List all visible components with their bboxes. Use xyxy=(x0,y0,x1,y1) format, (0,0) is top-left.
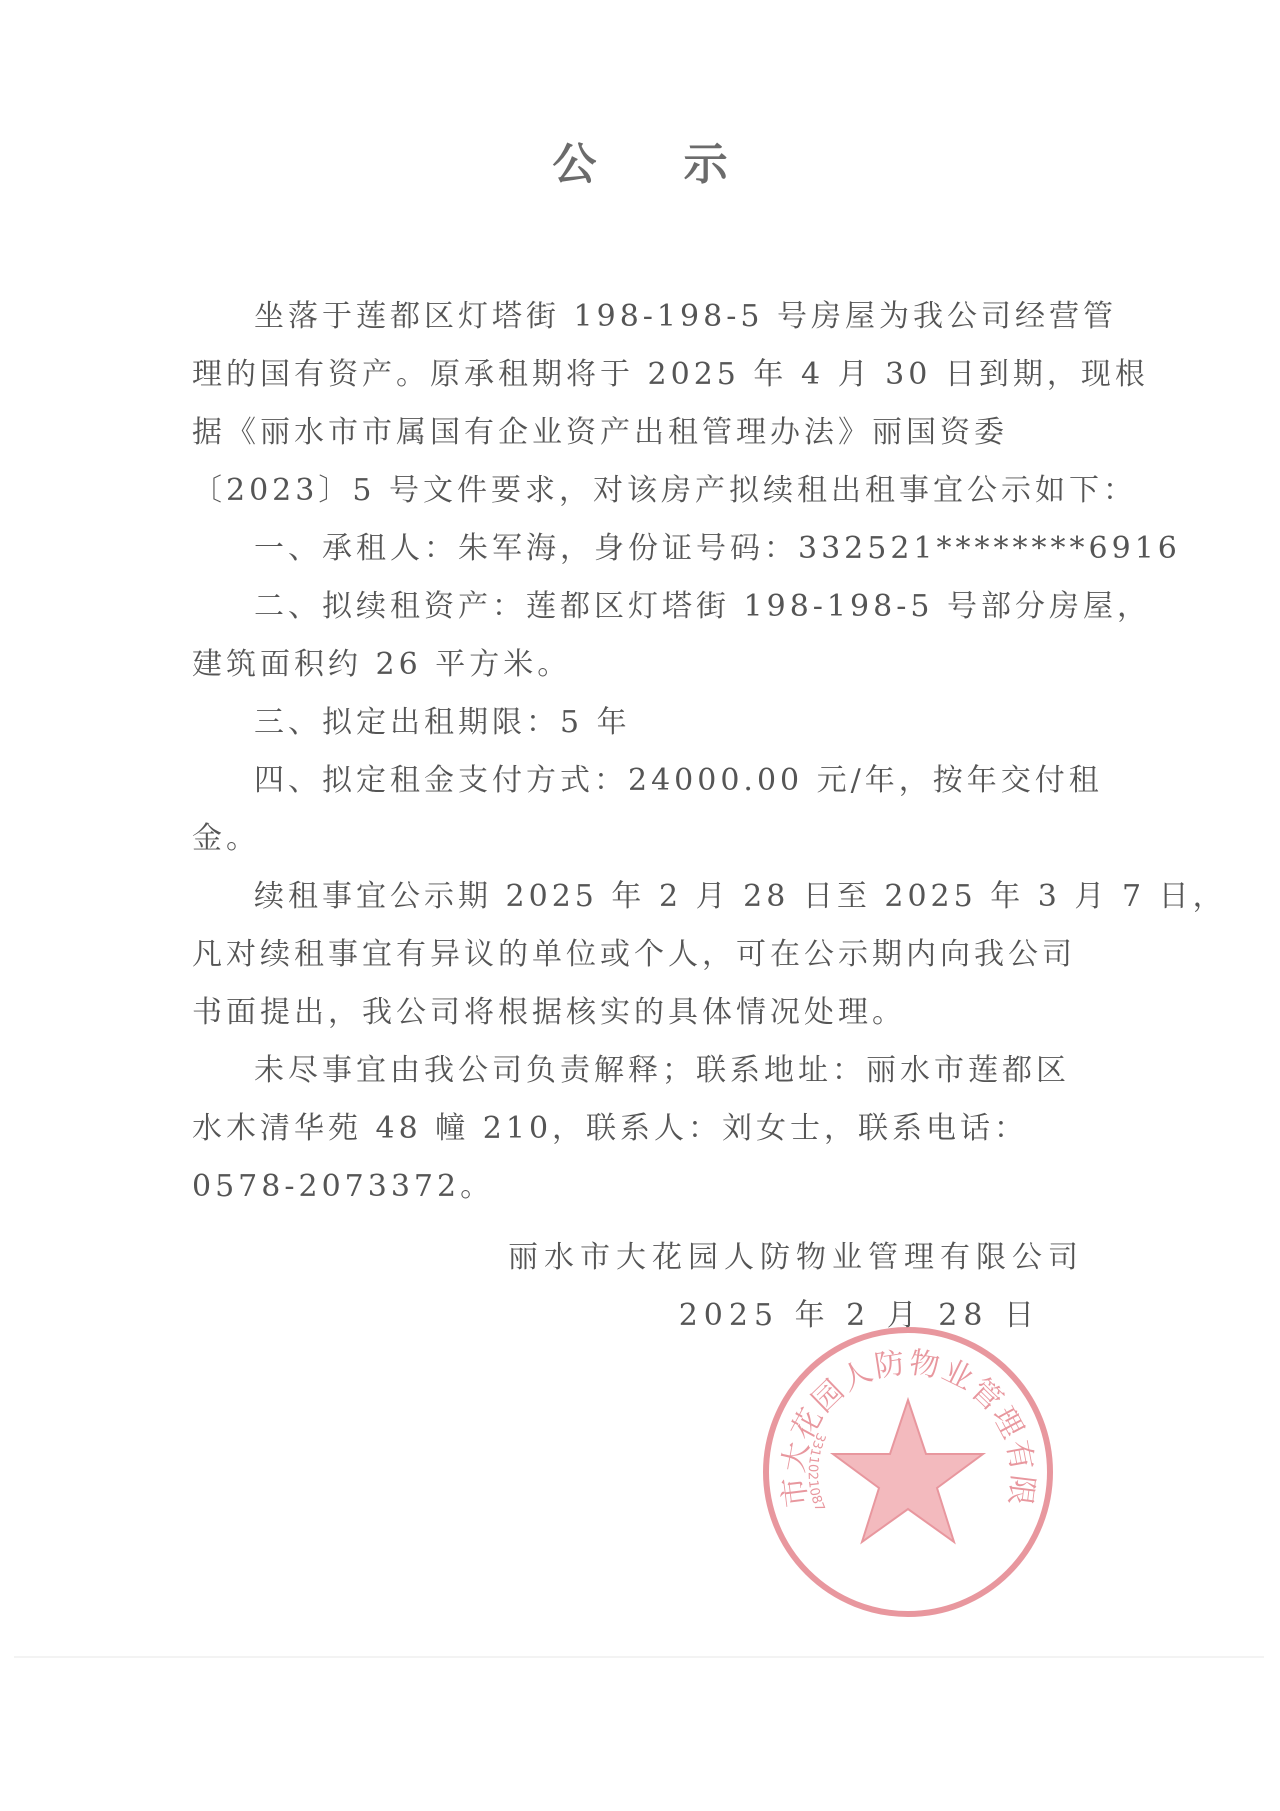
contact-phone-line: 0578-2073372。 xyxy=(192,1158,1092,1216)
item-rent: 四、拟定租金支付方式：24000.00 元/年，按年交付租 xyxy=(192,752,1092,810)
item-term: 三、拟定出租期限：5 年 xyxy=(192,694,1092,752)
paragraph-line: 理的国有资产。原承租期将于 2025 年 4 月 30 日到期，现根 xyxy=(192,346,1092,404)
page-title: 公 示 xyxy=(0,128,1280,192)
contact-line: 水木清华苑 48 幢 210，联系人：刘女士，联系电话： xyxy=(192,1100,1092,1158)
paragraph-line: 坐落于莲都区灯塔街 198-198-5 号房屋为我公司经营管 xyxy=(192,288,1092,346)
paragraph-line: 金。 xyxy=(192,810,1092,868)
paragraph-line: 书面提出，我公司将根据核实的具体情况处理。 xyxy=(192,984,1092,1042)
notice-period-line: 续租事宜公示期 2025 年 2 月 28 日至 2025 年 3 月 7 日， xyxy=(192,868,1092,926)
paragraph-line: 〔2023〕5 号文件要求，对该房产拟续租出租事宜公示如下： xyxy=(192,462,1092,520)
document-page: 公 示 坐落于莲都区灯塔街 198-198-5 号房屋为我公司经营管 理的国有资… xyxy=(0,0,1280,1811)
paragraph-line: 凡对续租事宜有异议的单位或个人，可在公示期内向我公司 xyxy=(192,926,1092,984)
paragraph-line: 建筑面积约 26 平方米。 xyxy=(192,636,1092,694)
scan-artifact-line xyxy=(14,1656,1264,1658)
contact-line: 未尽事宜由我公司负责解释；联系地址：丽水市莲都区 xyxy=(192,1042,1092,1100)
item-lessee: 一、承租人：朱军海，身份证号码：332521********6916 xyxy=(192,520,1092,578)
signature-company: 丽水市大花园人防物业管理有限公司 xyxy=(508,1232,1084,1276)
notice-body: 坐落于莲都区灯塔街 198-198-5 号房屋为我公司经营管 理的国有资产。原承… xyxy=(192,288,1092,1216)
item-property: 二、拟续租资产：莲都区灯塔街 198-198-5 号部分房屋， xyxy=(192,578,1092,636)
paragraph-line: 据《丽水市市属国有企业资产出租管理办法》丽国资委 xyxy=(192,404,1092,462)
company-seal-icon: 丽水市大花园人防物业管理有限公司 3311021087 xyxy=(758,1322,1058,1622)
